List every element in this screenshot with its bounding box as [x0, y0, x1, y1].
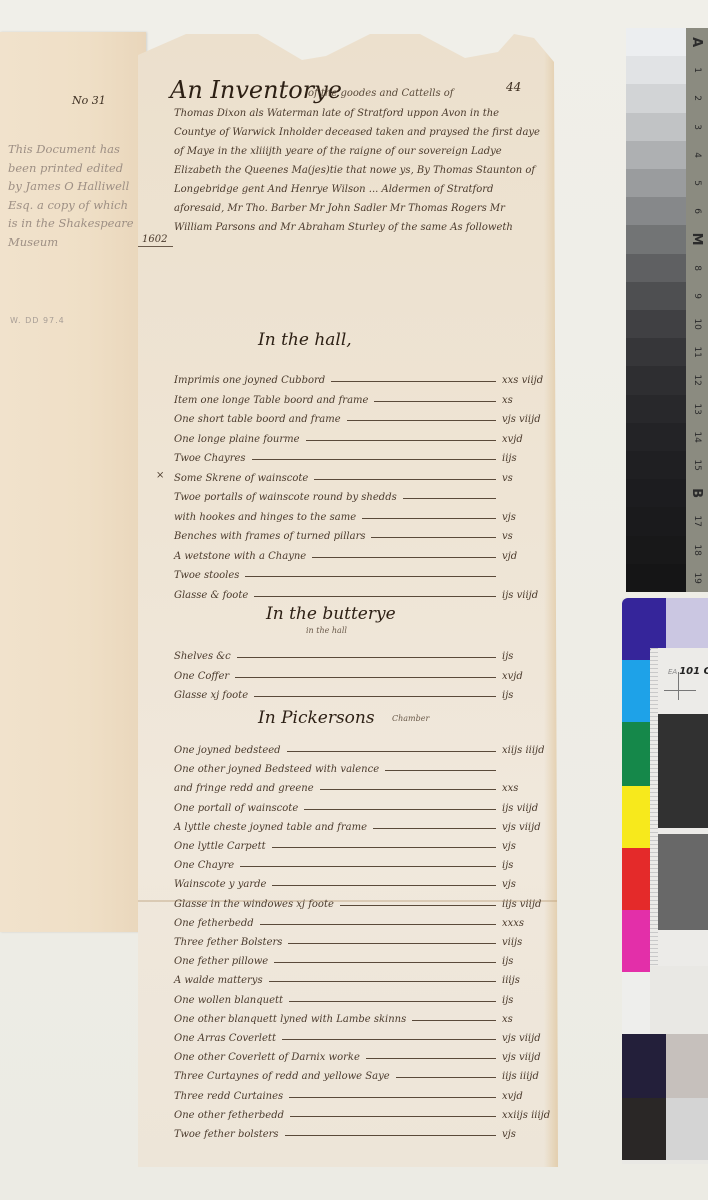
gray-step — [626, 225, 686, 253]
item-label: Twoe Chayres — [174, 453, 246, 464]
inventory-item: A wetstone with a Chaynevjd — [174, 546, 548, 562]
item-value: vjs viijd — [502, 822, 548, 833]
inventory-item: Glasse xj footeijs — [174, 685, 548, 701]
inventory-item: Glasse & footeijs viijd — [174, 585, 548, 601]
item-value: xxxs — [502, 918, 548, 929]
swatch-black — [622, 1098, 666, 1160]
item-rule — [371, 537, 496, 538]
item-value: xvjd — [502, 1091, 548, 1102]
target-label-small: EA — [668, 668, 677, 676]
item-label: Some Skrene of wainscote — [174, 473, 308, 484]
item-rule — [347, 420, 496, 421]
item-value: vs — [502, 531, 548, 542]
item-value: ijs — [502, 690, 548, 701]
item-value: iiijs — [502, 975, 548, 986]
item-rule — [272, 885, 496, 886]
item-value: vjs — [502, 512, 548, 523]
cross-mark-icon: × — [156, 470, 164, 481]
item-value: xiijs iiijd — [502, 745, 548, 756]
inventory-item: Wainscote y yardevjs — [174, 874, 548, 890]
inventory-item: with hookes and hinges to the samevjs — [174, 507, 548, 523]
gray-step-label: 10 — [683, 313, 708, 335]
target-label: EA101 O — [668, 666, 708, 677]
item-rule — [254, 696, 496, 697]
item-label: Three fether Bolsters — [174, 937, 282, 948]
swatch-warm-gray — [666, 1034, 708, 1098]
item-value: ijs — [502, 995, 548, 1006]
gray-step-label: 11 — [683, 341, 708, 363]
inventory-item: One other Coverlett of Darnix workevjs v… — [174, 1047, 548, 1063]
item-value: vs — [502, 473, 548, 484]
item-rule — [331, 381, 496, 382]
scale-ticks — [650, 648, 658, 966]
item-label: One portall of wainscote — [174, 803, 298, 814]
inventory-item: One short table boord and framevjs viijd — [174, 409, 548, 425]
item-rule — [237, 657, 496, 658]
gray-step — [626, 423, 686, 451]
swatch-lavender — [666, 598, 708, 648]
item-label: One Arras Coverlett — [174, 1033, 276, 1044]
gray-steps — [626, 28, 686, 592]
swatch-navy — [622, 1034, 666, 1098]
item-label: One Coffer — [174, 671, 229, 682]
provenance-note: This Document has been printed edited by… — [8, 140, 138, 251]
item-label: A wetstone with a Chayne — [174, 551, 306, 562]
inventory-item: Twoe Chayresiijs — [174, 448, 548, 464]
inventory-item: Twoe portalls of wainscote round by shed… — [174, 487, 548, 503]
item-rule — [320, 789, 496, 790]
gray-step-label: 2 — [683, 88, 708, 110]
item-label: Twoe stooles — [174, 570, 239, 581]
gray-step-label: 4 — [683, 144, 708, 166]
item-label: and fringe redd and greene — [174, 783, 314, 794]
target-label-main: 101 O — [679, 666, 708, 677]
item-value: ijs — [502, 956, 548, 967]
inventory-item: One fether pilloweijs — [174, 951, 548, 967]
item-label: Glasse xj foote — [174, 690, 248, 701]
inventory-item: and fringe redd and greenexxs — [174, 778, 548, 794]
item-value: vjs — [502, 1129, 548, 1140]
gray-step-label: 8 — [683, 257, 708, 279]
item-value: ijs viijd — [502, 590, 548, 601]
item-label: One joyned bedsteed — [174, 745, 281, 756]
grayscale-calibration-card: A123456M89101112131415B171819 — [626, 28, 708, 592]
inventory-item: Twoe fether bolstersvjs — [174, 1124, 548, 1140]
gray-step-label: 9 — [683, 285, 708, 307]
item-label: One other Coverlett of Darnix worke — [174, 1052, 360, 1063]
item-label: Three redd Curtaines — [174, 1091, 283, 1102]
gray-step — [626, 56, 686, 84]
inventory-item: One lyttle Carpettvjs — [174, 836, 548, 852]
swatch-light-gray — [666, 1098, 708, 1160]
item-value: ijs — [502, 860, 548, 871]
inventory-item: One portall of wainscoteijs viijd — [174, 798, 548, 814]
shelfmark: W. DD 97.4 — [10, 316, 65, 325]
crosshair-icon-vertical — [678, 672, 679, 700]
inventory-item: A walde matterysiiijs — [174, 970, 548, 986]
item-rule — [235, 677, 496, 678]
item-label: Twoe portalls of wainscote round by shed… — [174, 492, 397, 503]
gray-step-label: 19 — [683, 567, 708, 589]
inventory-item: Glasse in the windowes xj footeiijs viij… — [174, 894, 548, 910]
inventory-item: One Arras Coverlettvjs viijd — [174, 1028, 548, 1044]
inventory-item: Three Curtaynes of redd and yellowe Saye… — [174, 1066, 548, 1082]
gray-step — [626, 254, 686, 282]
item-number: No 31 — [72, 94, 106, 107]
inventory-item: One other blanquett lyned with Lambe ski… — [174, 1009, 548, 1025]
inventory-item: Some Skrene of wainscotevs — [174, 468, 548, 484]
inventory-item: One longe plaine fourmexvjd — [174, 429, 548, 445]
item-label: One fether pillowe — [174, 956, 268, 967]
item-value: iijs viijd — [502, 899, 548, 910]
swatch-red — [622, 848, 650, 910]
item-value: ijs viijd — [502, 803, 548, 814]
section-title-pickersons: In Pickersons — [258, 708, 375, 728]
title-continuation: of the goodes and Cattells of — [308, 88, 454, 99]
item-rule — [403, 498, 496, 499]
inventory-item: One Cofferxvjd — [174, 666, 548, 682]
item-rule — [288, 943, 496, 944]
item-value: vjs viijd — [502, 1052, 548, 1063]
inventory-item: Benches with frames of turned pillarsvs — [174, 526, 548, 542]
item-rule — [287, 751, 496, 752]
target-card: EA101 O — [650, 648, 708, 966]
item-label: Three Curtaynes of redd and yellowe Saye — [174, 1071, 390, 1082]
item-value: xxiijs iiijd — [502, 1110, 548, 1121]
swatch-green — [622, 722, 650, 786]
item-value: xxs viijd — [502, 375, 548, 386]
item-label: Twoe fether bolsters — [174, 1129, 279, 1140]
inventory-item: One joyned bedsteedxiijs iiijd — [174, 740, 548, 756]
item-value: xvjd — [502, 671, 548, 682]
manuscript-sheet: 44 An Inventorye of the goodes and Catte… — [138, 32, 558, 1167]
mid-gray-patch — [658, 834, 708, 930]
item-label: Glasse & foote — [174, 590, 248, 601]
item-rule — [373, 828, 496, 829]
inventory-item: Item one longe Table boord and framexs — [174, 390, 548, 406]
gray-step-label: 3 — [683, 116, 708, 138]
gray-step-label: M — [683, 229, 708, 251]
swatch-yellow — [622, 786, 650, 848]
item-label: One fetherbedd — [174, 918, 254, 929]
item-value: vjd — [502, 551, 548, 562]
item-value: xxs — [502, 783, 548, 794]
item-rule — [306, 440, 496, 441]
gray-step — [626, 28, 686, 56]
inventory-item: One wollen blanquettijs — [174, 990, 548, 1006]
item-label: One longe plaine fourme — [174, 434, 300, 445]
item-value: xs — [502, 1014, 548, 1025]
dark-patch — [658, 714, 708, 828]
gray-step — [626, 141, 686, 169]
page-number: 44 — [506, 80, 521, 94]
gray-step-label: 1 — [683, 59, 708, 81]
item-label: One lyttle Carpett — [174, 841, 266, 852]
item-value: xs — [502, 395, 548, 406]
item-label: One Chayre — [174, 860, 234, 871]
item-rule — [240, 866, 496, 867]
gray-step — [626, 310, 686, 338]
gray-step — [626, 479, 686, 507]
gray-step — [626, 564, 686, 592]
gray-step-label: 5 — [683, 172, 708, 194]
gray-step-label: 15 — [683, 454, 708, 476]
item-label: Imprimis one joyned Cubbord — [174, 375, 325, 386]
item-rule — [272, 847, 496, 848]
crosshair-icon — [664, 690, 696, 691]
section-subtitle-butterye: in the hall — [306, 626, 347, 635]
item-label: Shelves &c — [174, 651, 231, 662]
item-value: xvjd — [502, 434, 548, 445]
inventory-item: Three fether Bolstersviijs — [174, 932, 548, 948]
gray-step — [626, 338, 686, 366]
inventory-item: Twoe stooles — [174, 565, 548, 581]
item-value: vjs — [502, 879, 548, 890]
item-rule — [289, 1097, 496, 1098]
item-value: iijs — [502, 453, 548, 464]
item-value: vjs viijd — [502, 1033, 548, 1044]
gray-step — [626, 282, 686, 310]
item-rule — [385, 770, 496, 771]
item-rule — [340, 905, 496, 906]
inventory-item: One other joyned Bedsteed with valence — [174, 759, 548, 775]
item-rule — [374, 401, 496, 402]
item-label: One short table boord and frame — [174, 414, 341, 425]
item-value: ijs — [502, 651, 548, 662]
attached-note-strip: No 31 This Document has been printed edi… — [0, 32, 146, 932]
gray-step — [626, 169, 686, 197]
gray-step — [626, 451, 686, 479]
inventory-item: A lyttle cheste joyned table and framevj… — [174, 817, 548, 833]
item-value: iijs iiijd — [502, 1071, 548, 1082]
item-value: viijs — [502, 937, 548, 948]
item-label: One wollen blanquett — [174, 995, 283, 1006]
item-label: One other fetherbedd — [174, 1110, 284, 1121]
item-rule — [285, 1135, 496, 1136]
gray-labels: A123456M89101112131415B171819 — [686, 28, 708, 592]
inventory-item: Three redd Curtainesxvjd — [174, 1086, 548, 1102]
gray-step-label: A — [683, 31, 708, 53]
gray-step — [626, 113, 686, 141]
gray-step — [626, 507, 686, 535]
item-label: One other joyned Bedsteed with valence — [174, 764, 379, 775]
item-rule — [314, 479, 496, 480]
item-value: vjs viijd — [502, 414, 548, 425]
gray-step — [626, 197, 686, 225]
item-rule — [252, 459, 496, 460]
gray-step-label: 6 — [683, 200, 708, 222]
gray-step — [626, 395, 686, 423]
item-rule — [289, 1001, 496, 1002]
gray-step-label: 13 — [683, 398, 708, 420]
section-subtitle-pickersons: Chamber — [392, 714, 429, 723]
preamble: Thomas Dixon als Waterman late of Stratf… — [174, 104, 544, 237]
item-rule — [290, 1116, 496, 1117]
margin-year: 1602 — [134, 234, 173, 247]
inventory-item: Shelves &cijs — [174, 646, 548, 662]
item-rule — [269, 981, 496, 982]
item-label: Wainscote y yarde — [174, 879, 266, 890]
gray-step-label: 18 — [683, 539, 708, 561]
gray-step-label: 14 — [683, 426, 708, 448]
swatch-white — [622, 972, 650, 1034]
gray-step — [626, 536, 686, 564]
item-rule — [254, 596, 496, 597]
inventory-item: Imprimis one joyned Cubbordxxs viijd — [174, 370, 548, 386]
item-value: vjs — [502, 841, 548, 852]
item-label: A lyttle cheste joyned table and frame — [174, 822, 367, 833]
item-rule — [274, 962, 496, 963]
item-rule — [245, 576, 496, 577]
item-rule — [312, 557, 496, 558]
gray-step — [626, 366, 686, 394]
swatch-magenta — [622, 910, 650, 972]
gray-step-label: 17 — [683, 511, 708, 533]
inventory-item: One fetherbeddxxxs — [174, 913, 548, 929]
item-label: One other blanquett lyned with Lambe ski… — [174, 1014, 406, 1025]
item-rule — [362, 518, 496, 519]
gray-step — [626, 84, 686, 112]
gray-step-label: 12 — [683, 370, 708, 392]
inventory-item: One other fetherbeddxxiijs iiijd — [174, 1105, 548, 1121]
item-rule — [412, 1020, 496, 1021]
item-label: A walde matterys — [174, 975, 263, 986]
item-label: Glasse in the windowes xj foote — [174, 899, 334, 910]
item-label: Benches with frames of turned pillars — [174, 531, 365, 542]
section-title-butterye: In the butterye — [266, 604, 396, 624]
item-rule — [396, 1077, 496, 1078]
color-calibration-card: EA101 O — [622, 598, 708, 1164]
inventory-item: One Chayreijs — [174, 855, 548, 871]
item-rule — [366, 1058, 496, 1059]
swatch-cyan — [622, 660, 650, 722]
section-title-hall: In the hall, — [258, 330, 352, 350]
item-rule — [260, 924, 496, 925]
item-rule — [282, 1039, 496, 1040]
item-label: Item one longe Table boord and frame — [174, 395, 368, 406]
item-rule — [304, 809, 496, 810]
item-label: with hookes and hinges to the same — [174, 512, 356, 523]
gray-step-label: B — [683, 482, 708, 504]
